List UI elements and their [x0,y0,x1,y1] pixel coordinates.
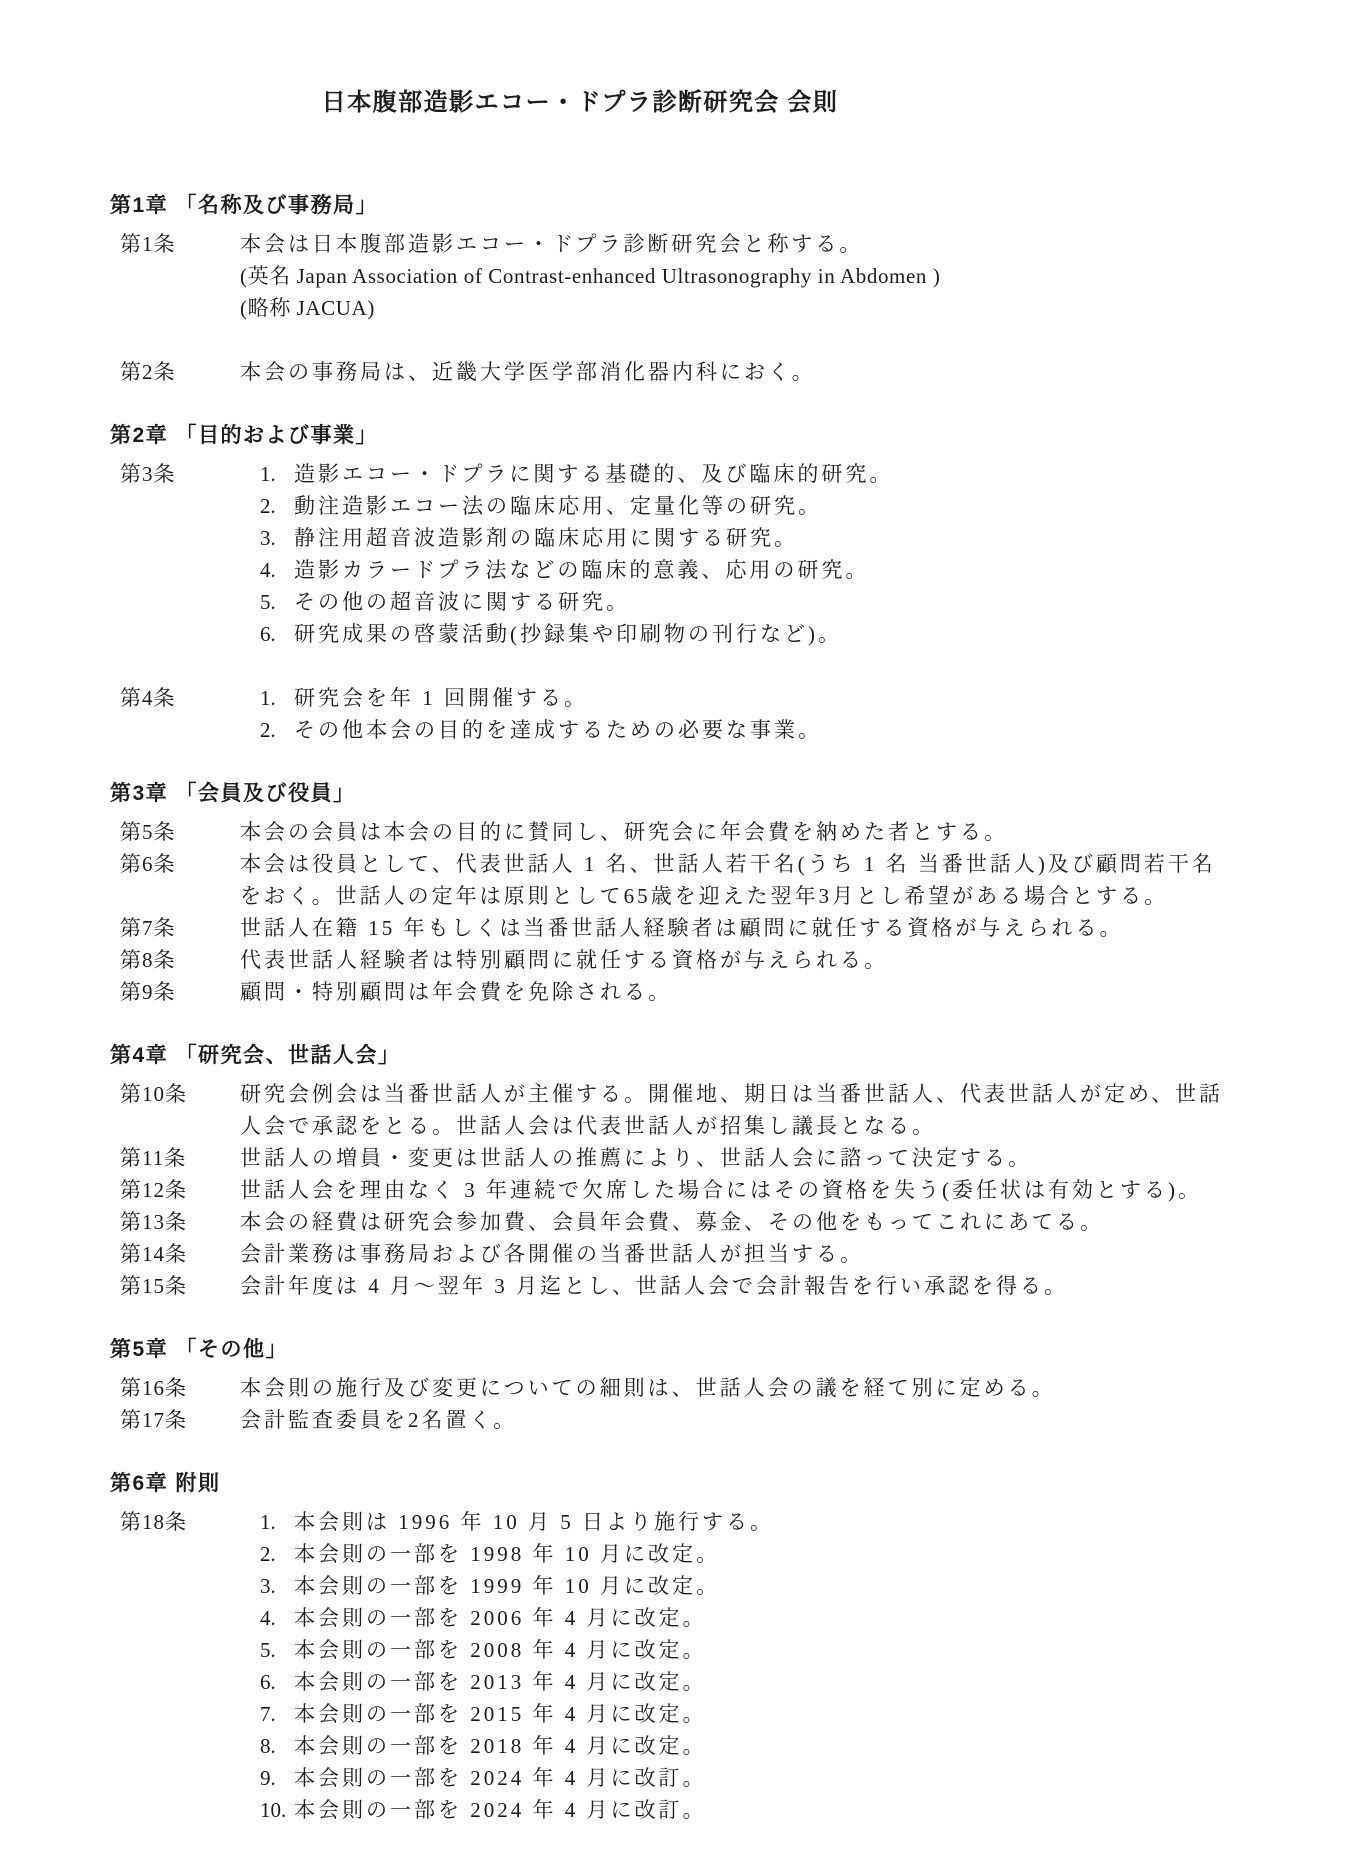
article-text-line: 世話人会を理由なく 3 年連続で欠席した場合にはその資格を失う(委任状は有効とす… [240,1174,1368,1206]
article: 第7条世話人在籍 15 年もしくは当番世話人経験者は顧問に就任する資格が与えられ… [120,912,1368,944]
list-item: 3.本会則の一部を 1999 年 10 月に改定。 [260,1570,1368,1602]
chapter: 第5章 「その他」第16条本会則の施行及び変更についての細則は、世話人会の議を経… [0,1334,1368,1436]
article-text-line: 代表世話人経験者は特別顧問に就任する資格が与えられる。 [240,944,1368,976]
article-text-line: (英名 Japan Association of Contrast-enhanc… [240,260,1368,292]
article-body: 会計監査委員を2名置く。 [240,1404,1368,1436]
numbered-item-list: 1.造影エコー・ドプラに関する基礎的、及び臨床的研究。2.動注造影エコー法の臨床… [240,458,1368,650]
list-item: 5.その他の超音波に関する研究。 [260,586,1368,618]
article: 第13条本会の経費は研究会参加費、会員年会費、募金、その他をもってこれにあてる。 [120,1206,1368,1238]
article-number-label: 第14条 [120,1238,240,1270]
chapter: 第1章 「名称及び事務局」第1条本会は日本腹部造影エコー・ドプラ診断研究会と称す… [0,190,1368,388]
article-number-label: 第4条 [120,682,240,746]
list-item: 10.本会則の一部を 2024 年 4 月に改訂。 [260,1794,1368,1826]
list-item-text: 研究成果の啓蒙活動(抄録集や印刷物の刊行など)。 [294,618,842,650]
article-number-label: 第2条 [120,356,240,388]
article-body: 本会の事務局は、近畿大学医学部消化器内科におく。 [240,356,1368,388]
article-body: 1.造影エコー・ドプラに関する基礎的、及び臨床的研究。2.動注造影エコー法の臨床… [240,458,1368,650]
article: 第11条世話人の増員・変更は世話人の推薦により、世話人会に諮って決定する。 [120,1142,1368,1174]
list-item: 9.本会則の一部を 2024 年 4 月に改訂。 [260,1762,1368,1794]
article-text-line: をおく。世話人の定年は原則として65歳を迎えた翌年3月とし希望がある場合とする。 [240,880,1368,912]
list-item: 6.本会則の一部を 2013 年 4 月に改定。 [260,1666,1368,1698]
list-item-number: 2. [260,1538,294,1570]
list-item-text: 造影カラードプラ法などの臨床的意義、応用の研究。 [294,554,869,586]
chapter-heading: 第4章 「研究会、世話人会」 [110,1040,1368,1072]
chapter-heading: 第1章 「名称及び事務局」 [110,190,1368,222]
article-text-line: 本会の経費は研究会参加費、会員年会費、募金、その他をもってこれにあてる。 [240,1206,1368,1238]
list-item: 4.造影カラードプラ法などの臨床的意義、応用の研究。 [260,554,1368,586]
article-text-line: 会計監査委員を2名置く。 [240,1404,1368,1436]
article-body: 1.本会則は 1996 年 10 月 5 日より施行する。2.本会則の一部を 1… [240,1506,1368,1826]
article: 第9条顧問・特別顧問は年会費を免除される。 [120,976,1368,1008]
list-item: 1.本会則は 1996 年 10 月 5 日より施行する。 [260,1506,1368,1538]
list-item-text: 本会則の一部を 2015 年 4 月に改定。 [294,1698,707,1730]
article: 第1条本会は日本腹部造影エコー・ドプラ診断研究会と称する。(英名 Japan A… [120,228,1368,324]
article-number-label: 第7条 [120,912,240,944]
chapter: 第6章 附則第18条1.本会則は 1996 年 10 月 5 日より施行する。2… [0,1468,1368,1826]
article-number-label: 第6条 [120,848,240,912]
list-item-text: 研究会を年 1 回開催する。 [294,682,588,714]
article-number-label: 第13条 [120,1206,240,1238]
article: 第8条代表世話人経験者は特別顧問に就任する資格が与えられる。 [120,944,1368,976]
list-item-text: 本会則の一部を 2024 年 4 月に改訂。 [294,1794,707,1826]
list-item-text: 静注用超音波造影剤の臨床応用に関する研究。 [294,522,798,554]
article-number-label: 第9条 [120,976,240,1008]
list-item: 8.本会則の一部を 2018 年 4 月に改定。 [260,1730,1368,1762]
list-item-text: 本会則の一部を 2008 年 4 月に改定。 [294,1634,707,1666]
article: 第3条1.造影エコー・ドプラに関する基礎的、及び臨床的研究。2.動注造影エコー法… [120,458,1368,650]
chapter-heading: 第6章 附則 [110,1468,1368,1500]
article-text-line: 人会で承認をとる。世話人会は代表世話人が招集し議長となる。 [240,1110,1368,1142]
list-item-number: 3. [260,522,294,554]
list-item-number: 4. [260,554,294,586]
list-item-number: 4. [260,1602,294,1634]
article: 第14条会計業務は事務局および各開催の当番世話人が担当する。 [120,1238,1368,1270]
list-item-text: 本会則の一部を 2013 年 4 月に改定。 [294,1666,707,1698]
article-number-label: 第8条 [120,944,240,976]
article-body: 会計年度は 4 月～翌年 3 月迄とし、世話人会で会計報告を行い承認を得る。 [240,1270,1368,1302]
list-item-number: 9. [260,1762,294,1794]
article: 第17条会計監査委員を2名置く。 [120,1404,1368,1436]
article-body: 会計業務は事務局および各開催の当番世話人が担当する。 [240,1238,1368,1270]
list-item-text: 造影エコー・ドプラに関する基礎的、及び臨床的研究。 [294,458,893,490]
list-item: 6.研究成果の啓蒙活動(抄録集や印刷物の刊行など)。 [260,618,1368,650]
chapter: 第4章 「研究会、世話人会」第10条研究会例会は当番世話人が主催する。開催地、期… [0,1040,1368,1302]
article-body: 1.研究会を年 1 回開催する。2.その他本会の目的を達成するための必要な事業。 [240,682,1368,746]
article: 第5条本会の会員は本会の目的に賛同し、研究会に年会費を納めた者とする。 [120,816,1368,848]
numbered-item-list: 1.研究会を年 1 回開催する。2.その他本会の目的を達成するための必要な事業。 [240,682,1368,746]
article: 第16条本会則の施行及び変更についての細則は、世話人会の議を経て別に定める。 [120,1372,1368,1404]
article-body: 研究会例会は当番世話人が主催する。開催地、期日は当番世話人、代表世話人が定め、世… [240,1078,1368,1142]
article-text-line: 会計年度は 4 月～翌年 3 月迄とし、世話人会で会計報告を行い承認を得る。 [240,1270,1368,1302]
article: 第6条本会は役員として、代表世話人 1 名、世話人若干名(うち 1 名 当番世話… [120,848,1368,912]
article-number-label: 第18条 [120,1506,240,1826]
list-item-number: 6. [260,1666,294,1698]
article-number-label: 第3条 [120,458,240,650]
article: 第12条世話人会を理由なく 3 年連続で欠席した場合にはその資格を失う(委任状は… [120,1174,1368,1206]
article-number-label: 第15条 [120,1270,240,1302]
list-item-number: 1. [260,1506,294,1538]
list-item-text: 本会則は 1996 年 10 月 5 日より施行する。 [294,1506,774,1538]
list-item-number: 10. [260,1794,294,1826]
chapter: 第2章 「目的および事業」第3条1.造影エコー・ドプラに関する基礎的、及び臨床的… [0,420,1368,746]
list-item-number: 5. [260,586,294,618]
article: 第18条1.本会則は 1996 年 10 月 5 日より施行する。2.本会則の一… [120,1506,1368,1826]
article-body: 本会は日本腹部造影エコー・ドプラ診断研究会と称する。(英名 Japan Asso… [240,228,1368,324]
article-number-label: 第5条 [120,816,240,848]
list-item-text: 本会則の一部を 1999 年 10 月に改定。 [294,1570,720,1602]
article-number-label: 第11条 [120,1142,240,1174]
list-item-number: 2. [260,490,294,522]
list-item-number: 1. [260,458,294,490]
article: 第4条1.研究会を年 1 回開催する。2.その他本会の目的を達成するための必要な… [120,682,1368,746]
article-text-line: 顧問・特別顧問は年会費を免除される。 [240,976,1368,1008]
list-item-number: 1. [260,682,294,714]
list-item-number: 6. [260,618,294,650]
list-item-number: 7. [260,1698,294,1730]
list-item-text: 本会則の一部を 2024 年 4 月に改訂。 [294,1762,707,1794]
list-item: 1.研究会を年 1 回開催する。 [260,682,1368,714]
article-body: 本会の会員は本会の目的に賛同し、研究会に年会費を納めた者とする。 [240,816,1368,848]
article-body: 世話人の増員・変更は世話人の推薦により、世話人会に諮って決定する。 [240,1142,1368,1174]
list-item-text: その他本会の目的を達成するための必要な事業。 [294,714,822,746]
article-body: 世話人会を理由なく 3 年連続で欠席した場合にはその資格を失う(委任状は有効とす… [240,1174,1368,1206]
article-text-line: 本会は役員として、代表世話人 1 名、世話人若干名(うち 1 名 当番世話人)及… [240,848,1368,880]
article-number-label: 第16条 [120,1372,240,1404]
article-number-label: 第1条 [120,228,240,324]
article-body: 世話人在籍 15 年もしくは当番世話人経験者は顧問に就任する資格が与えられる。 [240,912,1368,944]
list-item-text: 動注造影エコー法の臨床応用、定量化等の研究。 [294,490,822,522]
article-text-line: 本会の会員は本会の目的に賛同し、研究会に年会費を納めた者とする。 [240,816,1368,848]
document-title: 日本腹部造影エコー・ドプラ診断研究会 会則 [100,86,1060,120]
article-number-label: 第12条 [120,1174,240,1206]
article-text-line: 世話人の増員・変更は世話人の推薦により、世話人会に諮って決定する。 [240,1142,1368,1174]
article-text-line: 本会則の施行及び変更についての細則は、世話人会の議を経て別に定める。 [240,1372,1368,1404]
list-item-text: その他の超音波に関する研究。 [294,586,630,618]
document-page: 日本腹部造影エコー・ドプラ診断研究会 会則 第1章 「名称及び事務局」第1条本会… [0,0,1368,1852]
list-item: 5.本会則の一部を 2008 年 4 月に改定。 [260,1634,1368,1666]
list-item-number: 2. [260,714,294,746]
list-item: 4.本会則の一部を 2006 年 4 月に改定。 [260,1602,1368,1634]
article-number-label: 第17条 [120,1404,240,1436]
chapters: 第1章 「名称及び事務局」第1条本会は日本腹部造影エコー・ドプラ診断研究会と称す… [0,190,1368,1826]
article: 第2条本会の事務局は、近畿大学医学部消化器内科におく。 [120,356,1368,388]
numbered-item-list: 1.本会則は 1996 年 10 月 5 日より施行する。2.本会則の一部を 1… [240,1506,1368,1826]
list-item: 7.本会則の一部を 2015 年 4 月に改定。 [260,1698,1368,1730]
article-body: 本会の経費は研究会参加費、会員年会費、募金、その他をもってこれにあてる。 [240,1206,1368,1238]
chapter-heading: 第3章 「会員及び役員」 [110,778,1368,810]
article-body: 本会則の施行及び変更についての細則は、世話人会の議を経て別に定める。 [240,1372,1368,1404]
article-text-line: 研究会例会は当番世話人が主催する。開催地、期日は当番世話人、代表世話人が定め、世… [240,1078,1368,1110]
article-body: 代表世話人経験者は特別顧問に就任する資格が与えられる。 [240,944,1368,976]
article-text-line: (略称 JACUA) [240,292,1368,324]
chapter-heading: 第2章 「目的および事業」 [110,420,1368,452]
list-item-text: 本会則の一部を 2018 年 4 月に改定。 [294,1730,707,1762]
article-text-line: 本会は日本腹部造影エコー・ドプラ診断研究会と称する。 [240,228,1368,260]
list-item: 3.静注用超音波造影剤の臨床応用に関する研究。 [260,522,1368,554]
list-item: 1.造影エコー・ドプラに関する基礎的、及び臨床的研究。 [260,458,1368,490]
list-item-text: 本会則の一部を 2006 年 4 月に改定。 [294,1602,707,1634]
list-item-text: 本会則の一部を 1998 年 10 月に改定。 [294,1538,720,1570]
article: 第10条研究会例会は当番世話人が主催する。開催地、期日は当番世話人、代表世話人が… [120,1078,1368,1142]
list-item-number: 8. [260,1730,294,1762]
list-item: 2.動注造影エコー法の臨床応用、定量化等の研究。 [260,490,1368,522]
article-number-label: 第10条 [120,1078,240,1142]
article-text-line: 世話人在籍 15 年もしくは当番世話人経験者は顧問に就任する資格が与えられる。 [240,912,1368,944]
chapter: 第3章 「会員及び役員」第5条本会の会員は本会の目的に賛同し、研究会に年会費を納… [0,778,1368,1008]
article-body: 本会は役員として、代表世話人 1 名、世話人若干名(うち 1 名 当番世話人)及… [240,848,1368,912]
list-item-number: 3. [260,1570,294,1602]
article: 第15条会計年度は 4 月～翌年 3 月迄とし、世話人会で会計報告を行い承認を得… [120,1270,1368,1302]
article-text-line: 会計業務は事務局および各開催の当番世話人が担当する。 [240,1238,1368,1270]
article-body: 顧問・特別顧問は年会費を免除される。 [240,976,1368,1008]
list-item-number: 5. [260,1634,294,1666]
chapter-heading: 第5章 「その他」 [110,1334,1368,1366]
article-text-line: 本会の事務局は、近畿大学医学部消化器内科におく。 [240,356,1368,388]
list-item: 2.その他本会の目的を達成するための必要な事業。 [260,714,1368,746]
list-item: 2.本会則の一部を 1998 年 10 月に改定。 [260,1538,1368,1570]
